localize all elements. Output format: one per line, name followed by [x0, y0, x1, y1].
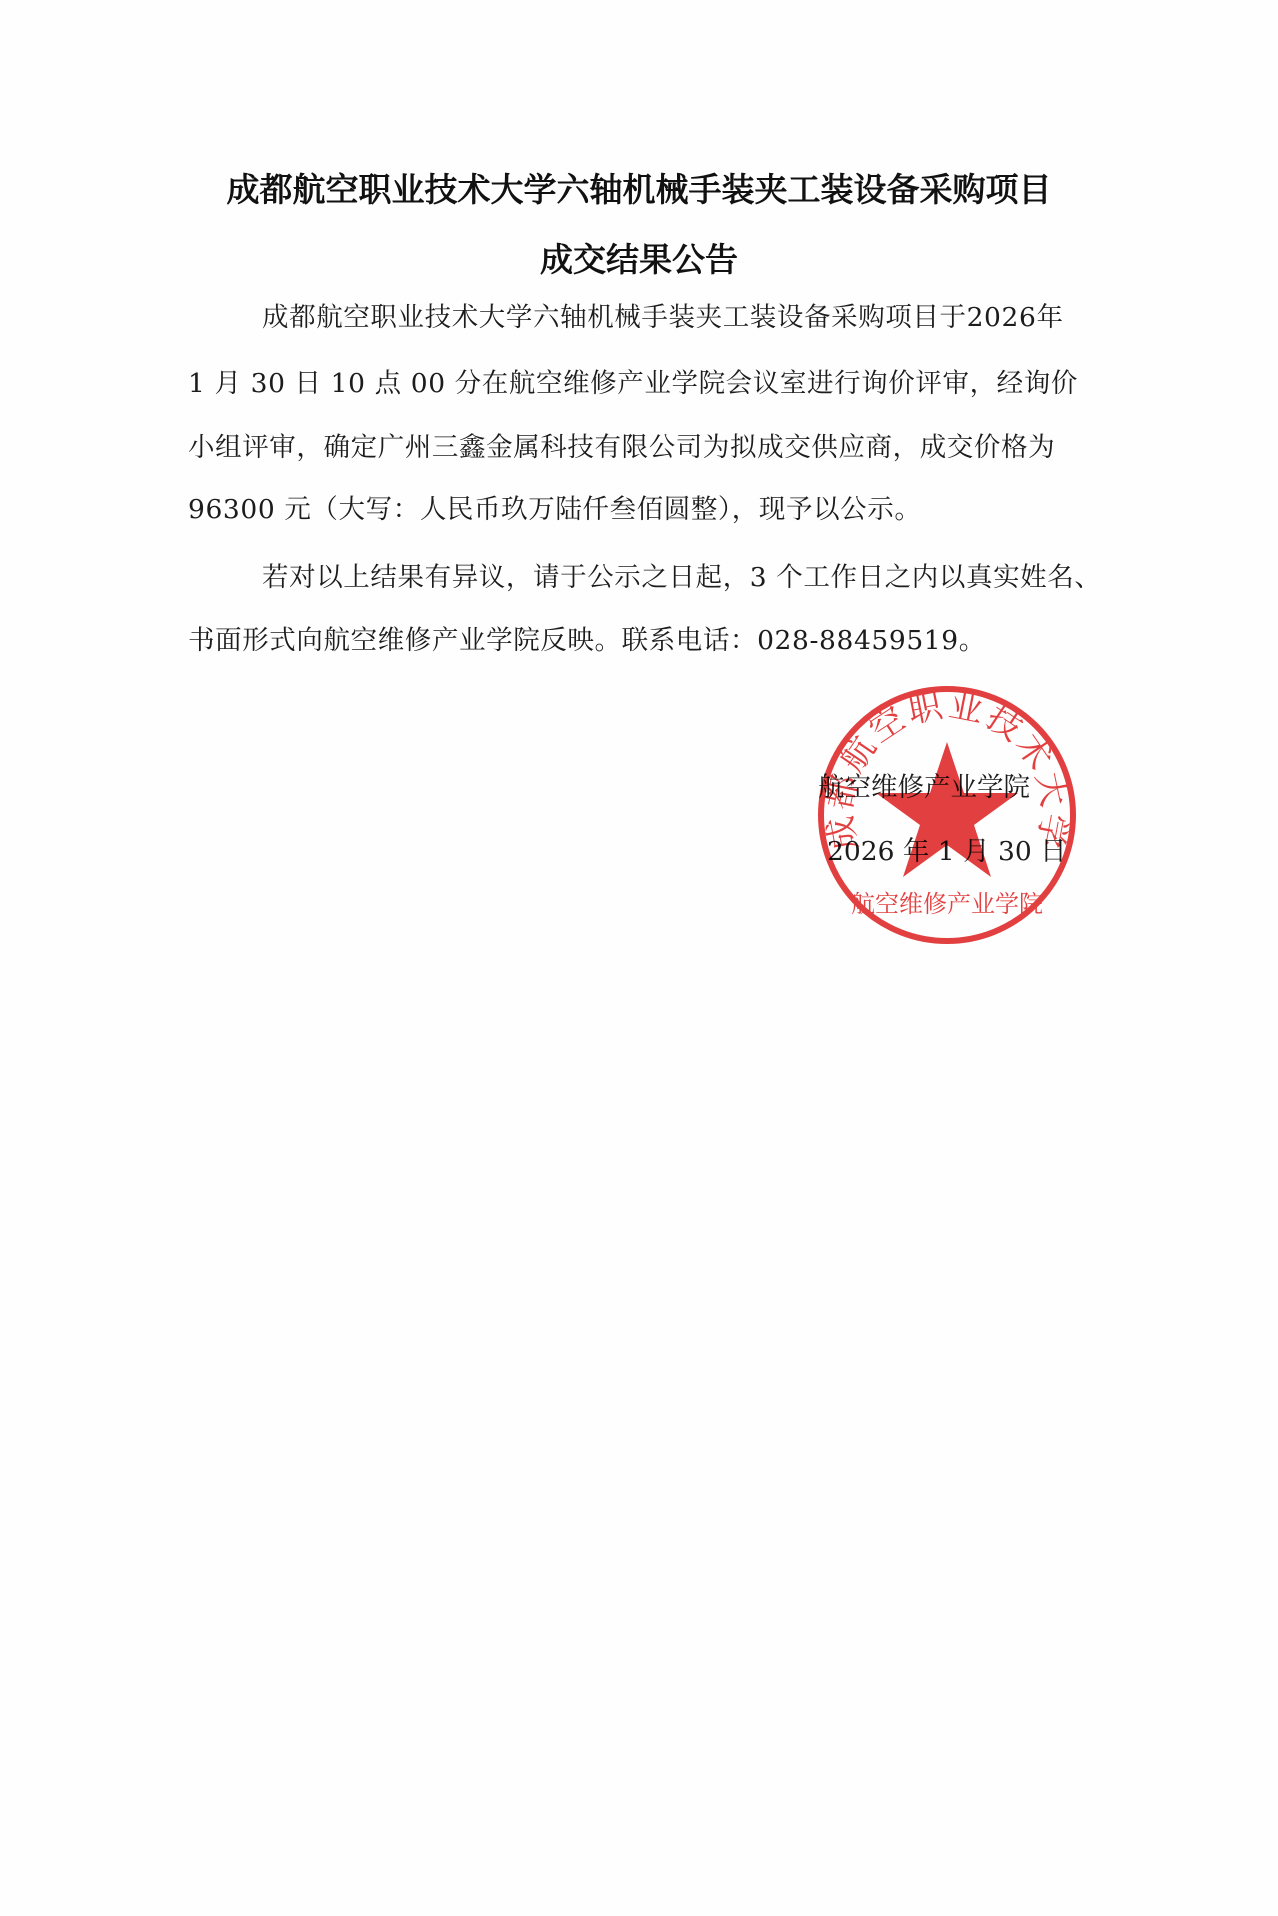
paragraph-2-line-2: 书面形式向航空维修产业学院反映。联系电话：028-88459519。: [188, 621, 1140, 661]
star-icon: [876, 742, 1018, 877]
paragraph-1-line-3: 小组评审，确定广州三鑫金属科技有限公司为拟成交供应商，成交价格为: [188, 428, 1140, 468]
seal-inner-text: 航空维修产业学院: [851, 890, 1043, 918]
document-page: 成都航空职业技术大学六轴机械手装夹工装设备采购项目 成交结果公告 成都航空职业技…: [0, 0, 1278, 1916]
document-subtitle: 成交结果公告: [0, 234, 1278, 281]
paragraph-1-line-2: 1 月 30 日 10 点 00 分在航空维修产业学院会议室进行询价评审，经询价: [188, 364, 1140, 404]
official-seal: 成都航空职业技术大学 航空维修产业学院: [812, 680, 1082, 950]
paragraph-1-line-1: 成都航空职业技术大学六轴机械手装夹工装设备采购项目于2026年: [262, 298, 1142, 338]
document-title: 成都航空职业技术大学六轴机械手装夹工装设备采购项目: [0, 164, 1278, 211]
paragraph-2-line-1: 若对以上结果有异议，请于公示之日起，3 个工作日之内以真实姓名、: [262, 558, 1142, 598]
paragraph-1-line-4: 96300 元（大写：人民币玖万陆仟叁佰圆整），现予以公示。: [188, 490, 1140, 530]
